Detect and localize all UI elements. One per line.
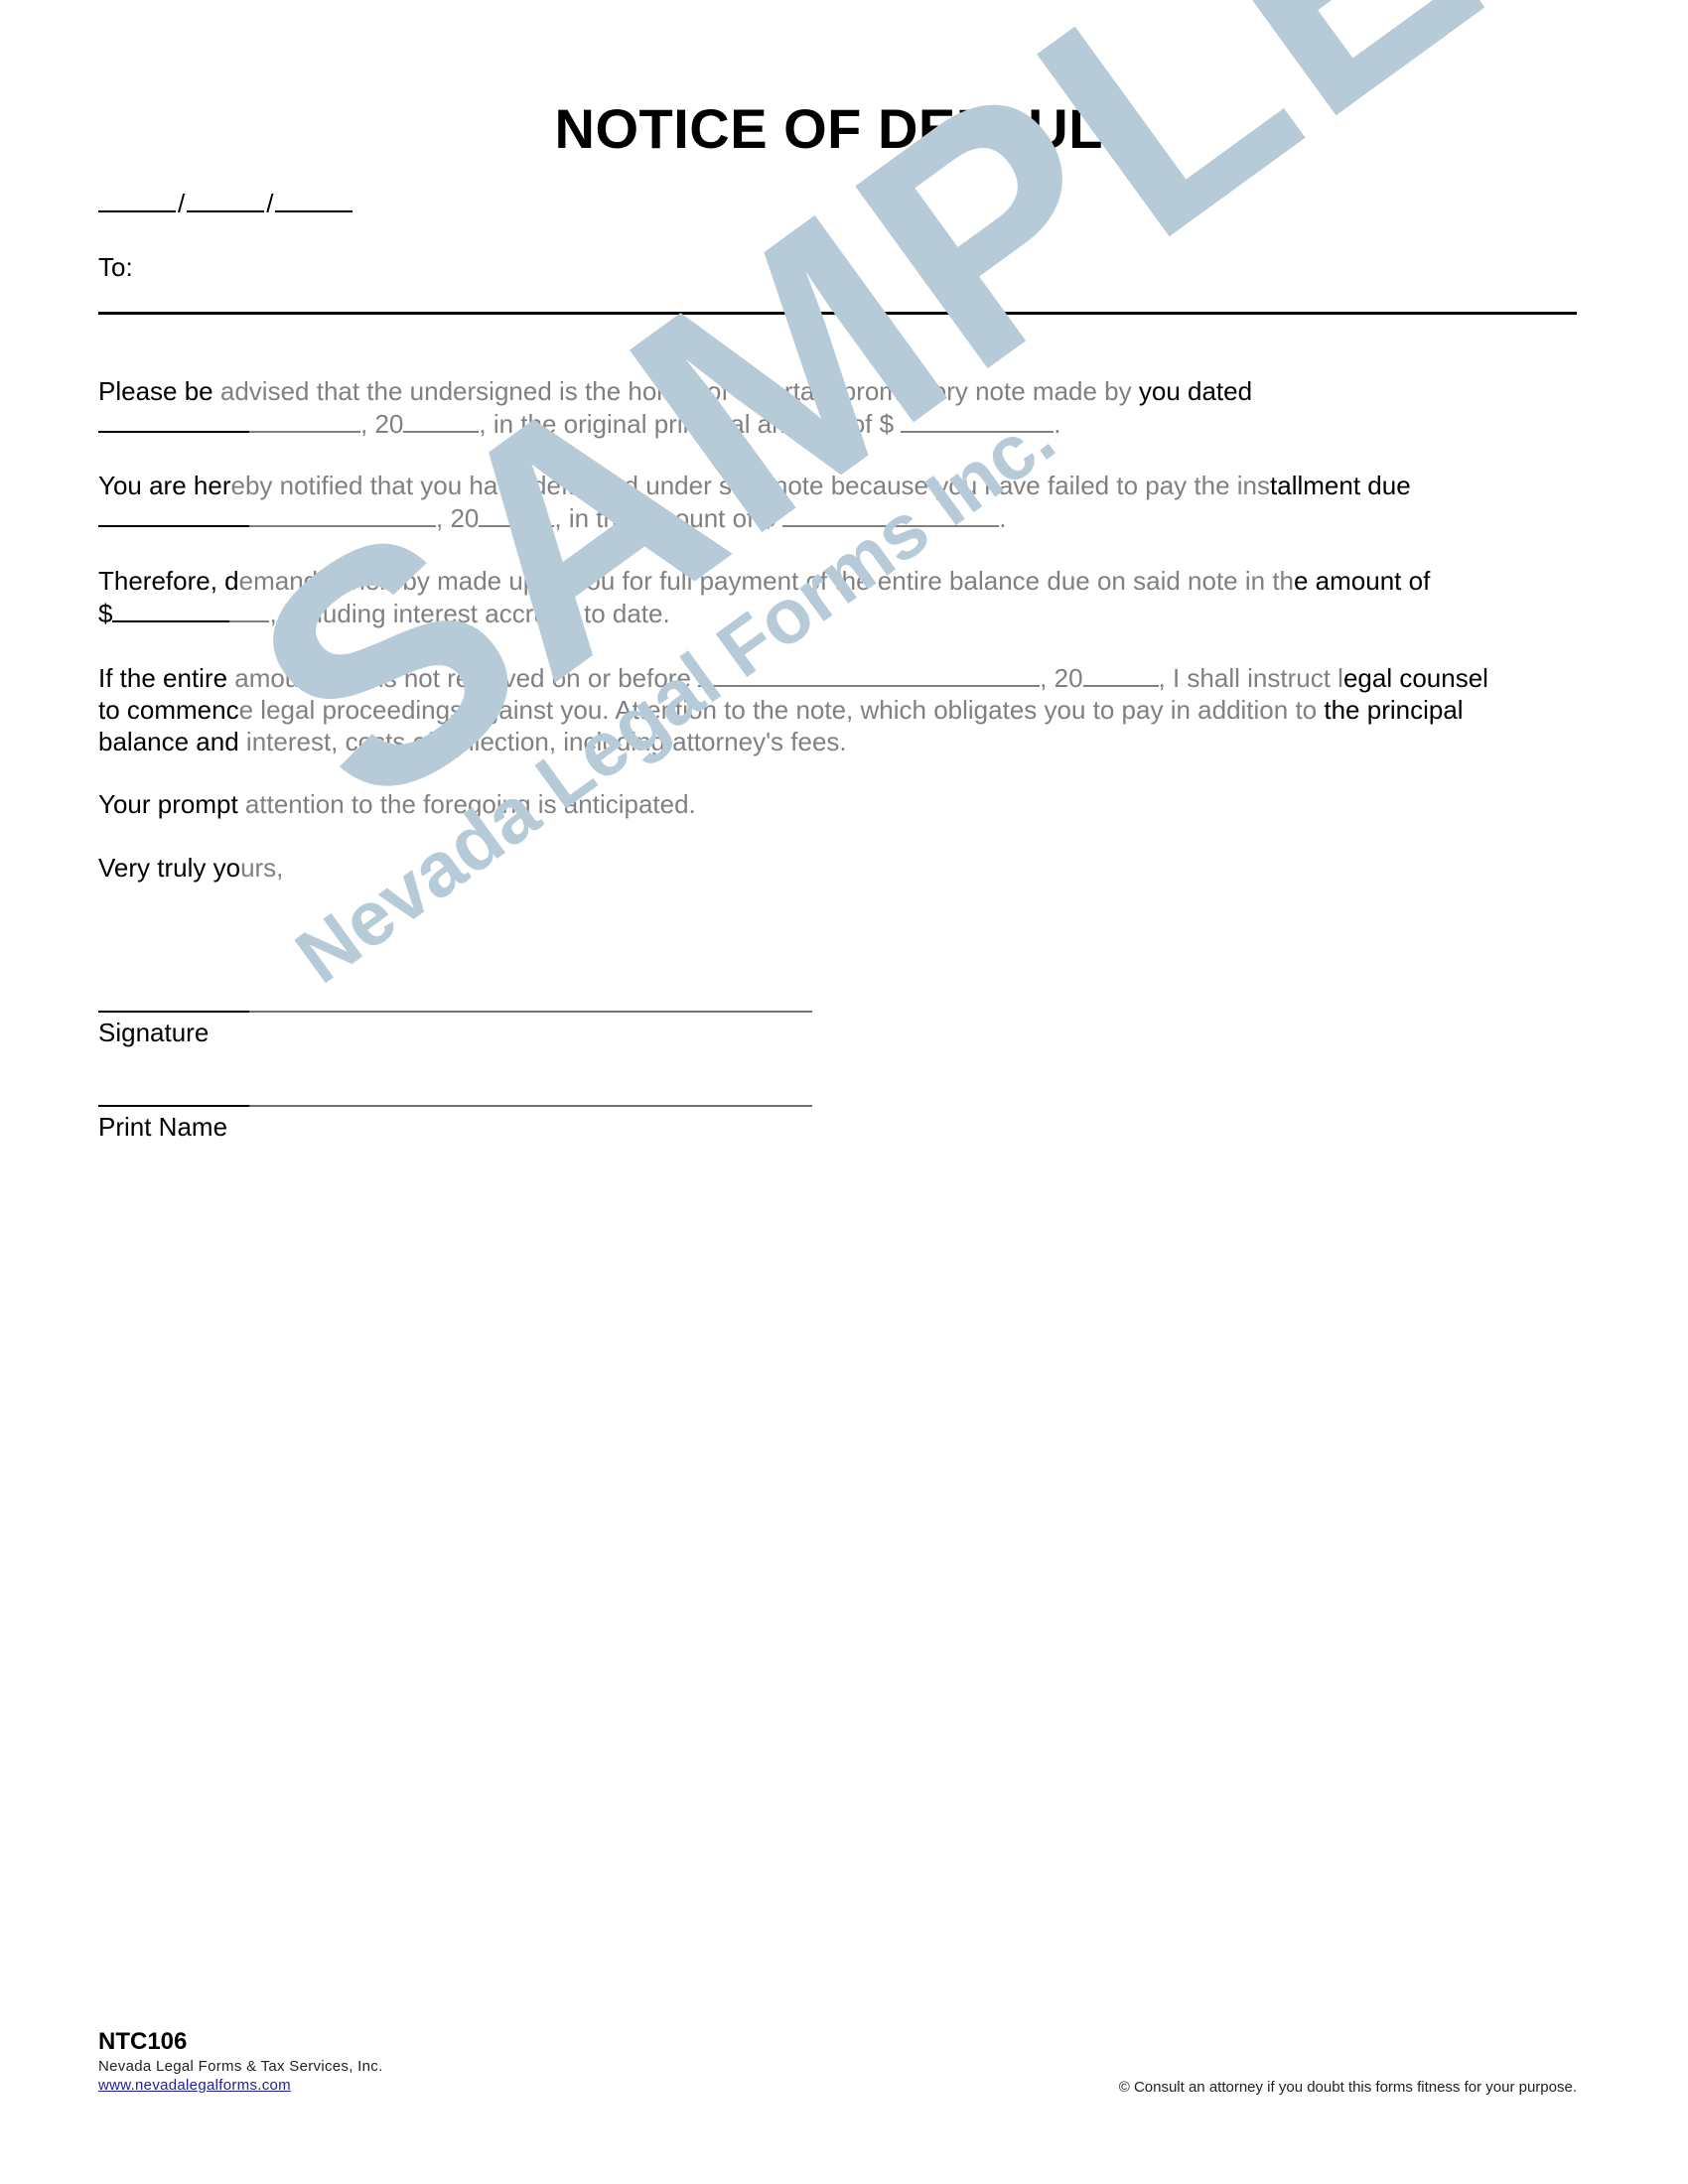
paragraph-text: Please be [98,376,213,406]
installment-date-blank[interactable] [249,501,436,527]
document-content: NOTICE OF DEFAULT // To: Please be advis… [0,0,1688,2184]
signature-line[interactable] [98,1011,812,1013]
disclaimer-text: © Consult an attorney if you doubt this … [1119,2079,1577,2097]
paragraph-closing: Your prompt attention to the foregoing i… [98,788,1575,820]
paragraph-legal-action: If the entire amount due is not received… [98,661,1575,757]
paragraph-text: , I shall instruct l [1159,663,1343,693]
paragraph-text: egal counsel [1343,663,1488,693]
balance-amount-blank[interactable] [229,597,269,622]
valediction: Very truly yours, [98,852,1575,884]
paragraph-text: tallment due [1270,471,1411,500]
paragraph-text: e legal proceedings against you. Attenti… [239,695,1318,725]
installment-amount-blank[interactable] [782,501,999,527]
date-field[interactable]: // [98,185,352,220]
note-year-blank[interactable] [403,407,479,433]
paragraph-text: attention to the foregoing is anticipate… [238,789,696,819]
paragraph-text: amount due is not received on or before [227,663,698,693]
signature-label: Signature [98,1017,209,1048]
paragraph-text: emand is hereby made upon you for full p… [239,566,1294,596]
date-year-blank[interactable] [275,185,352,212]
date-day-blank[interactable] [187,185,264,212]
paragraph-text: If the entire [98,663,227,693]
date-separator: / [176,187,187,220]
paragraph-text: , in the original principal amount of $ [479,409,901,439]
paragraph-text: urs, [240,853,283,883]
paragraph-text: Very truly yo [98,853,240,883]
print-name-line[interactable] [98,1105,812,1107]
deadline-year-blank[interactable] [1083,661,1159,687]
paragraph-text: to commenc [98,695,239,725]
paragraph-text: Therefore, d [98,566,239,596]
installment-date-blank[interactable] [98,501,249,527]
paragraph-text: , 20 [436,503,479,533]
recipient-line[interactable] [98,312,1577,315]
balance-amount-blank[interactable] [112,597,229,622]
paragraph-text: , in the amount of $ [554,503,782,533]
website-link[interactable]: www.nevadalegalforms.com [98,2077,291,2095]
paragraph-text: , 20 [360,409,403,439]
paragraph-text: Your prompt [98,789,238,819]
installment-year-blank[interactable] [479,501,554,527]
paragraph-text: interest, costs of collection, including… [239,727,847,756]
document-page: NOTICE OF DEFAULT // To: Please be advis… [0,0,1688,2184]
to-label: To: [98,250,133,284]
paragraph-demand: Therefore, demand is hereby made upon yo… [98,565,1575,629]
print-name-label: Print Name [98,1111,227,1143]
paragraph-text: . [999,503,1006,533]
date-month-blank[interactable] [98,185,176,212]
paragraph-text: balance and [98,727,239,756]
paragraph-text: . [1054,409,1060,439]
paragraph-text: , 20 [1040,663,1082,693]
paragraph-text: e amount of [1294,566,1430,596]
deadline-date-blank[interactable] [698,661,1040,687]
paragraph-text: $ [98,599,112,628]
paragraph-text: , including interest accrued to date. [269,599,669,628]
date-separator: / [264,187,275,220]
note-date-blank[interactable] [249,407,360,433]
company-name: Nevada Legal Forms & Tax Services, Inc. [98,2058,383,2076]
paragraph-default-notice: You are hereby notified that you have de… [98,470,1575,534]
form-code: NTC106 [98,2028,187,2056]
document-title: NOTICE OF DEFAULT [0,99,1688,159]
note-date-blank[interactable] [98,407,249,433]
paragraph-holder-notice: Please be advised that the undersigned i… [98,375,1575,440]
paragraph-text: You are her [98,471,230,500]
principal-amount-blank[interactable] [901,407,1054,433]
paragraph-text: eby notified that you have defaulted und… [230,471,1270,500]
paragraph-text: advised that the undersigned is the hold… [213,376,1132,406]
paragraph-text: you dated [1132,376,1252,406]
paragraph-text: the principal [1317,695,1463,725]
